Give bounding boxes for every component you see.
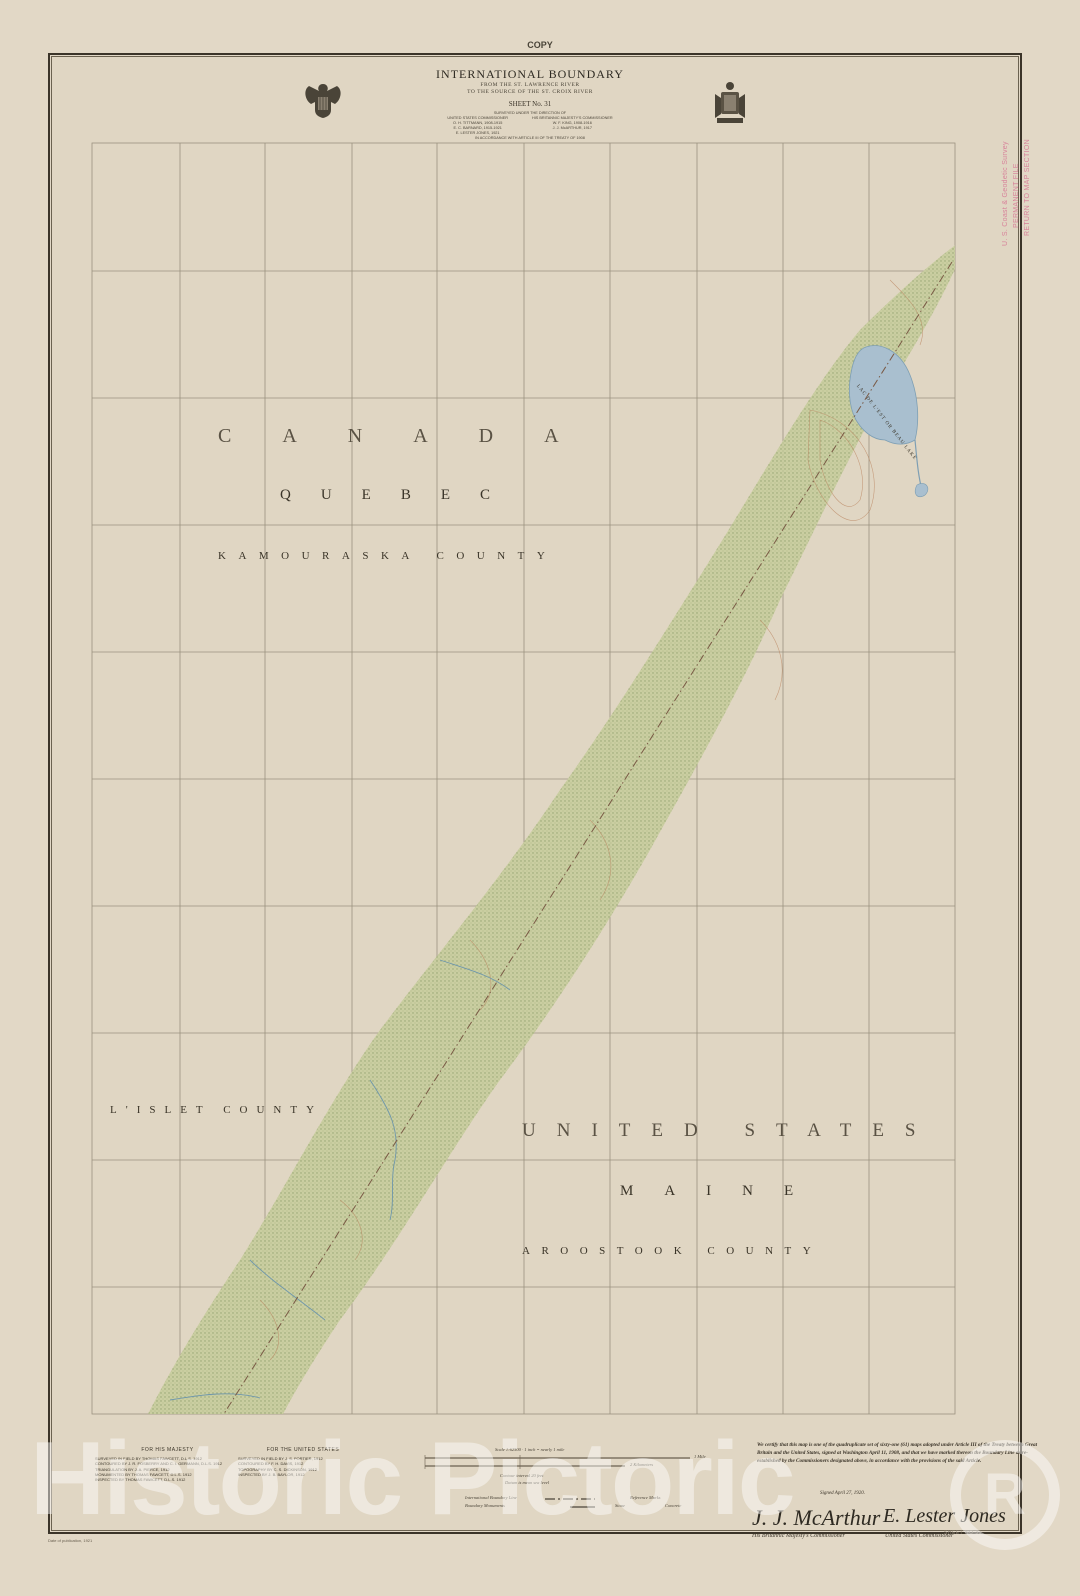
commissioners: UNITED STATES COMMISSIONER O. H. TITTMAN… bbox=[380, 116, 680, 136]
label-canada: CANADA bbox=[218, 425, 610, 448]
label-kamouraska-county: KAMOURASKA COUNTY bbox=[218, 550, 557, 562]
hm-commissioners: HIS BRITANNIC MAJESTY'S COMMISSIONER W. … bbox=[532, 116, 613, 136]
map-canvas bbox=[0, 0, 1080, 1596]
us-commissioners: UNITED STATES COMMISSIONER O. H. TITTMAN… bbox=[447, 116, 508, 136]
canada-coat-of-arms-icon bbox=[711, 80, 749, 125]
map-subtitle-2: TO THE SOURCE OF THE ST. CROIX RIVER bbox=[380, 89, 680, 96]
treaty-line: IN ACCORDANCE WITH ARTICLE III OF THE TR… bbox=[380, 136, 680, 141]
label-united-states: UNITED STATES bbox=[522, 1120, 937, 1142]
map-title: INTERNATIONAL BOUNDARY bbox=[380, 67, 680, 82]
sheet-number: SHEET No. 31 bbox=[380, 100, 680, 108]
title-block: INTERNATIONAL BOUNDARY FROM THE ST. LAWR… bbox=[380, 67, 680, 141]
registered-mark-icon: R bbox=[950, 1440, 1060, 1550]
label-quebec: QUEBEC bbox=[280, 487, 520, 504]
watermark-text: Historic Pictoric bbox=[30, 1420, 794, 1539]
us-eagle-emblem-icon bbox=[301, 80, 345, 120]
label-aroostook-county: AROOSTOOK COUNTY bbox=[522, 1245, 822, 1257]
archive-stamp: U. S. Coast & Geodetic Survey PERMANENT … bbox=[1000, 128, 1070, 248]
survey-strip bbox=[145, 236, 968, 1420]
map-subtitle-1: FROM THE ST. LAWRENCE RIVER bbox=[380, 82, 680, 89]
label-lislet-county: L'ISLET COUNTY bbox=[110, 1104, 323, 1116]
graticule-grid bbox=[92, 143, 955, 1414]
label-maine: MAINE bbox=[620, 1183, 824, 1200]
signed-date: Signed April 27, 1920. bbox=[820, 1491, 865, 1496]
